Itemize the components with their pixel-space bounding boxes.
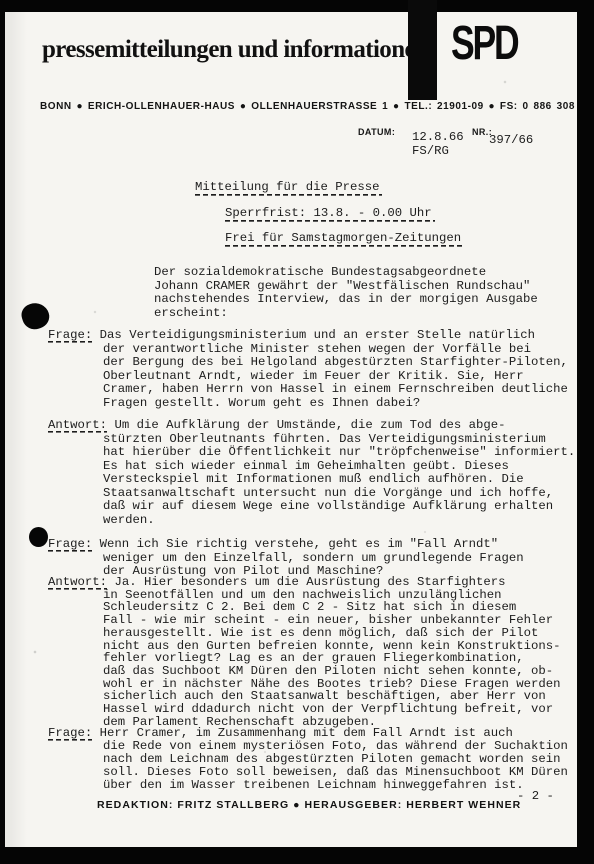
scanned-press-release: pressemitteilungen und informationen SPD… xyxy=(0,0,594,864)
heading-mitteilung: Mitteilung für die Presse xyxy=(195,180,382,196)
qa-antwort-2: Antwort: Ja. Hier besonders um die Ausrü… xyxy=(48,576,594,728)
qa-antwort-1: Antwort: Um die Aufklärung der Umstände,… xyxy=(48,419,594,527)
heading-sperrfrist: Sperrfrist: 13.8. - 0.00 Uhr xyxy=(225,206,435,222)
page-number: - 2 - xyxy=(517,789,554,803)
qa-frage-3-text: Herr Cramer, im Zusammenhang mit dem Fal… xyxy=(100,726,568,792)
qa-antwort-1-text: Um die Aufklärung der Umstände, die zum … xyxy=(103,418,575,527)
hole-punch-bottom xyxy=(29,527,48,547)
ref-code: FS/RG xyxy=(412,144,449,158)
footer-imprint: REDAKTION: FRITZ STALLBERG ● HERAUSGEBER… xyxy=(97,799,521,811)
qa-frage-2-text: Wenn ich Sie richtig verstehe, geht es i… xyxy=(100,537,524,578)
masthead-title: pressemitteilungen und informationen xyxy=(42,36,428,64)
spd-logo-text: SPD xyxy=(451,16,517,71)
qa-frage-3: Frage: Herr Cramer, im Zusammenhang mit … xyxy=(48,727,594,792)
datum-label: DATUM: xyxy=(358,127,395,137)
qa-antwort-1-label: Antwort: xyxy=(48,418,107,433)
qa-frage-1: Frage: Das Verteidigungsministerium und … xyxy=(48,329,594,410)
qa-frage-2-label: Frage: xyxy=(48,537,92,552)
qa-antwort-2-label: Antwort: xyxy=(48,575,107,590)
heading-frei-text: Frei für Samstagmorgen-Zeitungen xyxy=(225,231,464,247)
datum-value: 12.8.66 xyxy=(412,130,464,144)
address-line: BONN ● ERICH-OLLENHAUER-HAUS ● OLLENHAUE… xyxy=(40,101,580,112)
qa-antwort-2-text: Ja. Hier besonders um die Ausrüstung des… xyxy=(103,575,561,729)
qa-frage-1-label: Frage: xyxy=(48,328,92,343)
intro-paragraph: Der sozialdemokratische Bundestagsabgeor… xyxy=(154,266,564,320)
nr-value: 397/66 xyxy=(489,133,533,147)
heading-mitteilung-text: Mitteilung für die Presse xyxy=(195,180,382,196)
qa-frage-1-text: Das Verteidigungsministerium und an erst… xyxy=(100,328,568,410)
spd-logo-bar xyxy=(408,0,437,100)
qa-frage-3-label: Frage: xyxy=(48,726,92,741)
heading-frei: Frei für Samstagmorgen-Zeitungen xyxy=(225,231,464,247)
qa-frage-2: Frage: Wenn ich Sie richtig verstehe, ge… xyxy=(48,538,594,579)
heading-sperrfrist-text: Sperrfrist: 13.8. - 0.00 Uhr xyxy=(225,206,435,222)
